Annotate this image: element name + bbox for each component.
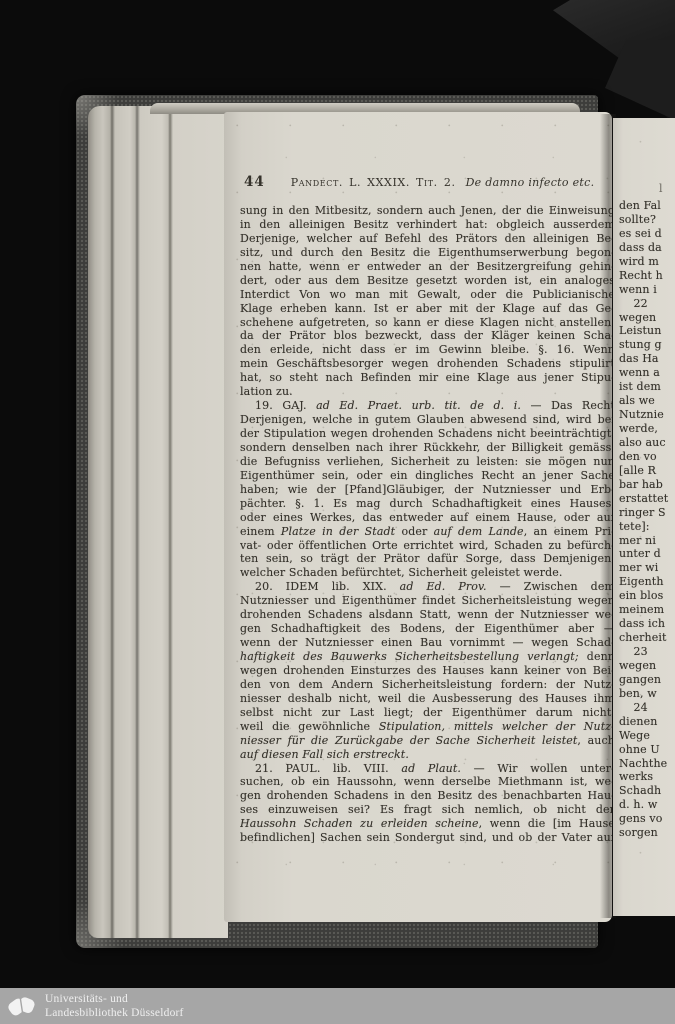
text-line: vat- oder öffentlichen Orte errichtet wi… [240, 539, 612, 553]
text-line: 19. GAJ. ad Ed. Praet. urb. tit. de d. i… [240, 399, 612, 413]
text-line: wenn der Nutzniesser einen Bau vornimmt … [240, 636, 612, 650]
text-line: Klage erheben kann. Ist er aber mit der … [240, 302, 612, 316]
open-book-logo-icon [7, 992, 37, 1020]
text-line: wegen drohenden Einsturzes des Hauses ka… [240, 664, 612, 678]
text-line: den von dem Andern Sicherheitsleistung f… [240, 678, 612, 692]
text-line-fragment: mer wi [619, 561, 675, 575]
text-line: 21. PAUL. lib. VIII. ad Plaut. — Wir wol… [240, 762, 612, 776]
text-line-fragment: mer ni [619, 534, 675, 548]
text-line-fragment: als we [619, 394, 675, 408]
text-line-fragment: das Ha [619, 352, 675, 366]
text-line: die Befugniss verliehen, Sicherheit zu l… [240, 455, 612, 469]
text-line-fragment: wenn i [619, 283, 675, 297]
text-line-fragment: wenn a [619, 366, 675, 380]
text-line: Nutzniesser und Eigenthümer findet Siche… [240, 594, 612, 608]
text-line: gen Schadhaftigkeit des Bodens, der Eige… [240, 622, 612, 636]
text-line: sung in den Mitbesitz, sondern auch Jene… [240, 204, 612, 218]
text-line: gen drohenden Schadens in den Besitz des… [240, 789, 612, 803]
text-line: welcher Schaden befürchtet, Sicherheit g… [240, 566, 612, 580]
text-line-fragment: ist dem [619, 380, 675, 394]
paragraph: sung in den Mitbesitz, sondern auch Jene… [240, 204, 612, 399]
text-line-fragment: werks [619, 770, 675, 784]
text-line-fragment: Schadh [619, 784, 675, 798]
library-banner: Universitäts- und Landesbibliothek Düsse… [0, 988, 675, 1024]
text-line-fragment: bar hab [619, 478, 675, 492]
text-line-fragment: Recht h [619, 269, 675, 283]
next-page-text: den Falsollte?es sei ddass dawird mRecht… [619, 199, 675, 840]
text-line-fragment: Nutznie [619, 408, 675, 422]
text-line: Derjenigen, welche in gutem Glauben abwe… [240, 413, 612, 427]
text-line: Eigenthümer sein, oder ein dingliches Re… [240, 469, 612, 483]
page-edge-stack [88, 106, 228, 938]
text-line: suchen, ob ein Haussohn, wenn derselbe M… [240, 775, 612, 789]
text-line-fragment: tete]: [619, 520, 675, 534]
next-page-header-fragment: l [659, 182, 663, 195]
paragraph: 20. IDEM lib. XIX. ad Ed. Prov. — Zwisch… [240, 580, 612, 761]
text-line: selbst nicht zur Last liegt; der Eigenth… [240, 706, 612, 720]
text-line: in den alleinigen Besitz verhindert hat:… [240, 218, 612, 232]
text-line-fragment: stung g [619, 338, 675, 352]
text-line-fragment: dass ich [619, 617, 675, 631]
text-line-fragment: ringer S [619, 506, 675, 520]
text-line-fragment: gangen [619, 673, 675, 687]
library-name: Universitäts- und Landesbibliothek Düsse… [45, 992, 184, 1020]
text-line: Interdict Von wo man mit Gewalt, oder di… [240, 288, 612, 302]
page-header-title: Pandect. L. XXXIX. Tit. 2. [291, 176, 456, 189]
main-text: sung in den Mitbesitz, sondern auch Jene… [240, 204, 612, 845]
text-line: ses einzuweisen sei? Es fragt sich nemli… [240, 803, 612, 817]
text-line: der Stipulation wegen drohenden Schadens… [240, 427, 612, 441]
text-line-fragment: wegen [619, 659, 675, 673]
text-line-fragment: sorgen [619, 826, 675, 840]
text-line-fragment: Wege [619, 729, 675, 743]
text-line-fragment: unter d [619, 547, 675, 561]
text-line: hat, so steht nach Befinden mir eine Kla… [240, 371, 612, 385]
library-name-line2: Landesbibliothek Düsseldorf [45, 1006, 184, 1020]
text-line: sitz, und durch den Besitz die Eigenthum… [240, 246, 612, 260]
text-line: 20. IDEM lib. XIX. ad Ed. Prov. — Zwisch… [240, 580, 612, 594]
text-line-fragment: cherheit [619, 631, 675, 645]
text-line-fragment: erstattet [619, 492, 675, 506]
text-line: weil die gewöhnliche Stipulation, mittel… [240, 720, 612, 734]
text-line: oder eines Werkes, das entweder auf eine… [240, 511, 612, 525]
text-line: niesser für die Zurückgabe der Sache Sic… [240, 734, 612, 748]
text-line-fragment: also auc [619, 436, 675, 450]
text-line: Haussohn Schaden zu erleiden scheine, we… [240, 817, 612, 831]
text-line: haftigkeit des Bauwerks Sicherheitsbeste… [240, 650, 612, 664]
page-header: 44 Pandect. L. XXXIX. Tit. 2. De damno i… [244, 174, 612, 190]
text-line-fragment: d. h. w [619, 798, 675, 812]
text-line-fragment: 24 [619, 701, 675, 715]
page-number: 44 [244, 174, 265, 190]
text-line: dert, oder aus dem Besitze gesetzt worde… [240, 274, 612, 288]
text-line-fragment: Leistun [619, 324, 675, 338]
text-line-fragment: Nachthe [619, 757, 675, 771]
text-line: einem Platze in der Stadt oder auf dem L… [240, 525, 612, 539]
text-line: befindlichen] Sachen sein Sondergut sind… [240, 831, 612, 845]
text-line-fragment: ben, w [619, 687, 675, 701]
text-line: ten sein, so trägt der Prätor dafür Sorg… [240, 552, 612, 566]
text-line: niesser deshalb nicht, weil die Ausbesse… [240, 692, 612, 706]
text-line-fragment: gens vo [619, 812, 675, 826]
text-line: auf diesen Fall sich erstreckt. [240, 748, 612, 762]
paragraph: 19. GAJ. ad Ed. Praet. urb. tit. de d. i… [240, 399, 612, 580]
text-line-fragment: den vo [619, 450, 675, 464]
text-line: pächter. §. 1. Es mag durch Schadhaftigk… [240, 497, 612, 511]
text-line-fragment: wird m [619, 255, 675, 269]
text-line: nen hatte, wenn er entweder an der Besit… [240, 260, 612, 274]
text-line-fragment: werde, [619, 422, 675, 436]
text-line-fragment: es sei d [619, 227, 675, 241]
text-line-fragment: ohne U [619, 743, 675, 757]
book-page-right-sliver: l den Falsollte?es sei ddass dawird mRec… [613, 118, 675, 916]
text-line: sondern denselben nach ihrer Rückkehr, d… [240, 441, 612, 455]
text-line-fragment: sollte? [619, 213, 675, 227]
library-name-line1: Universitäts- und [45, 992, 184, 1006]
text-line: den erleide, nicht dass er im Gewinn ble… [240, 343, 612, 357]
text-line-fragment: [alle R [619, 464, 675, 478]
text-line: mein Geschäftsbesorger wegen drohenden S… [240, 357, 612, 371]
book-page-left: 44 Pandect. L. XXXIX. Tit. 2. De damno i… [224, 112, 612, 922]
text-line: lation zu. [240, 385, 612, 399]
paragraph: 21. PAUL. lib. VIII. ad Plaut. — Wir wol… [240, 762, 612, 846]
text-line: schehene aufgetreten, so kann er diese K… [240, 316, 612, 330]
text-line: drohenden Schadens alsdann Statt, wenn d… [240, 608, 612, 622]
text-line-fragment: Eigenth [619, 575, 675, 589]
text-line-fragment: dienen [619, 715, 675, 729]
text-line-fragment: meinem [619, 603, 675, 617]
text-line-fragment: 22 [619, 297, 675, 311]
text-line: Derjenige, welcher auf Befehl des Prätor… [240, 232, 612, 246]
text-line: da der Prätor blos bezweckt, dass der Kl… [240, 329, 612, 343]
page-header-subtitle: De damno infecto etc. [466, 176, 595, 189]
text-line-fragment: ein blos [619, 589, 675, 603]
text-line-fragment: dass da [619, 241, 675, 255]
text-line-fragment: den Fal [619, 199, 675, 213]
text-line: haben; wie der [Pfand]Gläubiger, der Nut… [240, 483, 612, 497]
text-line-fragment: 23 [619, 645, 675, 659]
text-line-fragment: wegen [619, 311, 675, 325]
